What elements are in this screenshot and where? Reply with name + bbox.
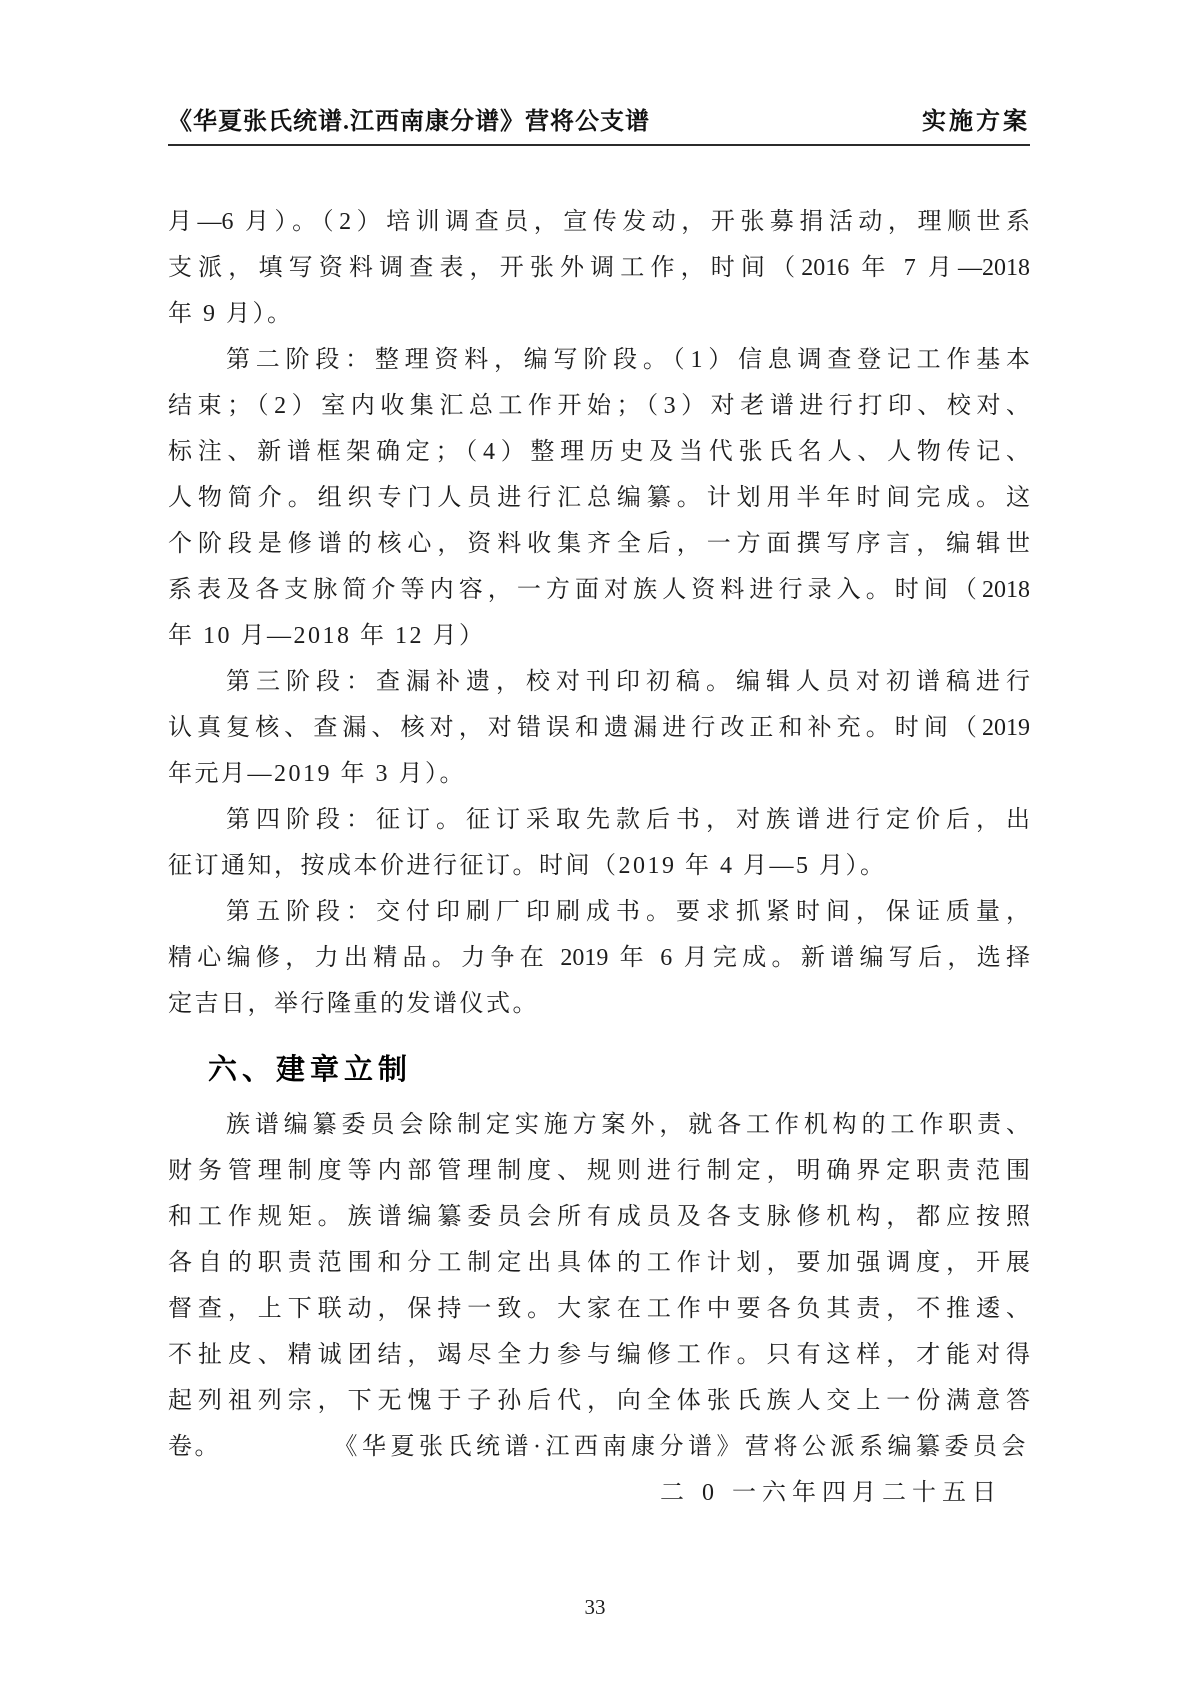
- body-line: 督查，上下联动，保持一致。大家在工作中要各负其责，不推逶、: [168, 1286, 1030, 1332]
- document-body: 月—6 月）。（2）培训调查员，宣传发动，开张募捐活动，理顺世系支派，填写资料调…: [168, 199, 1030, 1516]
- body-line: 年 10 月—2018 年 12 月）: [168, 613, 1030, 659]
- body-line: 月—6 月）。（2）培训调查员，宣传发动，开张募捐活动，理顺世系: [168, 199, 1030, 245]
- body-line: 征订通知，按成本价进行征订。时间（2019 年 4 月—5 月）。: [168, 843, 1030, 889]
- section-heading: 六、建章立制: [208, 1048, 1030, 1092]
- body-line: 第五阶段：交付印刷厂印刷成书。要求抓紧时间，保证质量，: [168, 889, 1030, 935]
- body-line: 年元月—2019 年 3 月）。: [168, 751, 1030, 797]
- body-line: 标注、新谱框架确定；（4）整理历史及当代张氏名人、人物传记、: [168, 429, 1030, 475]
- page-number: 33: [585, 1595, 606, 1619]
- page-footer: 33: [0, 1594, 1190, 1620]
- body-line: 结束；（2）室内收集汇总工作开始；（3）对老谱进行打印、校对、: [168, 383, 1030, 429]
- body-line: 第二阶段：整理资料，编写阶段。（1）信息调查登记工作基本: [168, 337, 1030, 383]
- closing-left-text: 卷。: [168, 1424, 221, 1470]
- body-line: 第三阶段：查漏补遗，校对刊印初稿。编辑人员对初谱稿进行: [168, 659, 1030, 705]
- document-page: 《华夏张氏统谱.江西南康分谱》营将公支谱 实施方案 月—6 月）。（2）培训调查…: [0, 0, 1190, 1683]
- header-book-title: 《华夏张氏统谱.江西南康分谱》营将公支谱: [168, 106, 650, 138]
- body-line: 精心编修，力出精品。力争在 2019 年 6 月完成。新谱编写后，选择: [168, 935, 1030, 981]
- closing-line: 卷。《华夏张氏统谱·江西南康分谱》营将公派系编纂委员会: [168, 1424, 1030, 1470]
- body-line: 各自的职责范围和分工制定出具体的工作计划，要加强调度，开展: [168, 1240, 1030, 1286]
- body-line: 年 9 月）。: [168, 291, 1030, 337]
- body-line: 人物简介。组织专门人员进行汇总编纂。计划用半年时间完成。这: [168, 475, 1030, 521]
- page-header: 《华夏张氏统谱.江西南康分谱》营将公支谱 实施方案: [168, 106, 1030, 146]
- date-line: 二 0 一六年四月二十五日: [168, 1470, 1030, 1516]
- body-line: 族谱编纂委员会除制定实施方案外，就各工作机构的工作职责、: [168, 1102, 1030, 1148]
- body-line: 认真复核、查漏、核对，对错误和遗漏进行改正和补充。时间（2019: [168, 705, 1030, 751]
- body-line: 第四阶段：征订。征订采取先款后书，对族谱进行定价后，出: [168, 797, 1030, 843]
- body-line: 财务管理制度等内部管理制度、规则进行制定，明确界定职责范围: [168, 1148, 1030, 1194]
- body-line: 起列祖列宗，下无愧于子孙后代，向全体张氏族人交上一份满意答: [168, 1378, 1030, 1424]
- header-doc-type: 实施方案: [922, 106, 1030, 138]
- body-line: 不扯皮、精诚团结，竭尽全力参与编修工作。只有这样，才能对得: [168, 1332, 1030, 1378]
- body-line: 定吉日，举行隆重的发谱仪式。: [168, 981, 1030, 1027]
- body-line: 个阶段是修谱的核心，资料收集齐全后，一方面撰写序言，编辑世: [168, 521, 1030, 567]
- body-line: 支派，填写资料调查表，开张外调工作，时间（2016 年 7 月—2018: [168, 245, 1030, 291]
- body-line: 系表及各支脉简介等内容，一方面对族人资料进行录入。时间（2018: [168, 567, 1030, 613]
- closing-signature: 《华夏张氏统谱·江西南康分谱》营将公派系编纂委员会: [334, 1424, 1031, 1470]
- body-line: 和工作规矩。族谱编纂委员会所有成员及各支脉修机构，都应按照: [168, 1194, 1030, 1240]
